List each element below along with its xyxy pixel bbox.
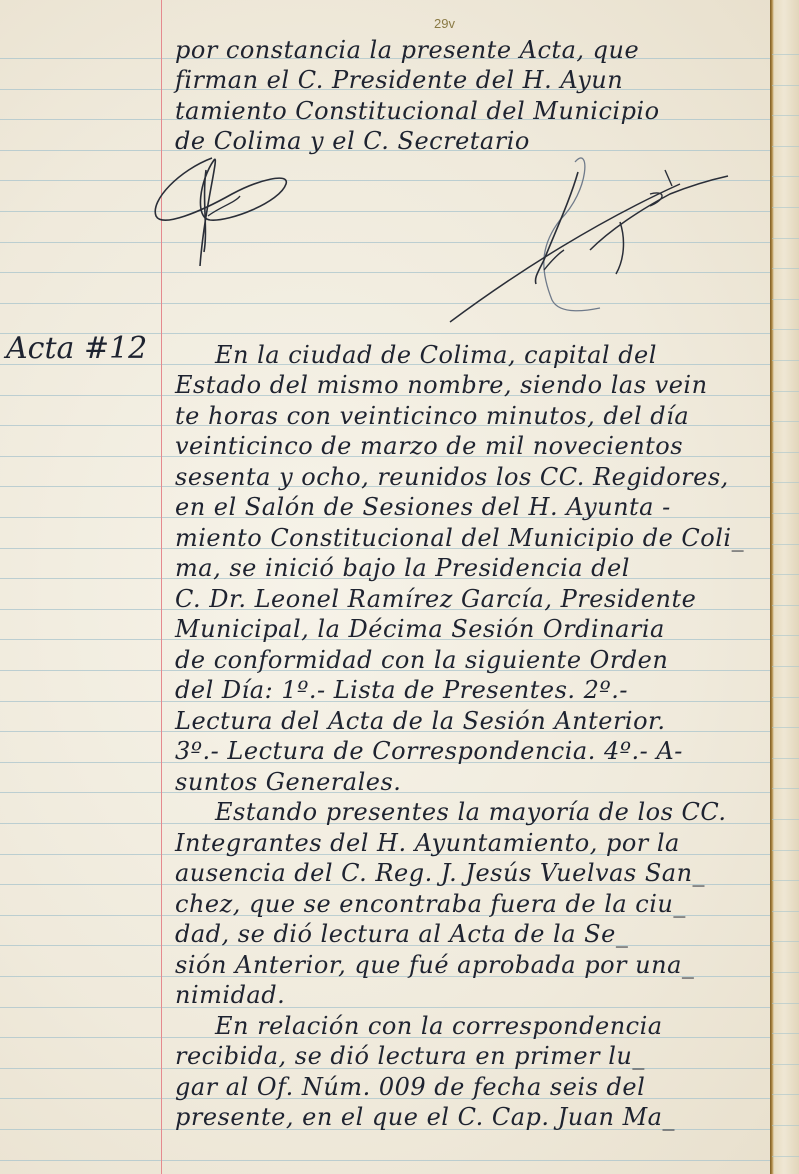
spine-ruled-line xyxy=(772,421,799,422)
acta-text-line: nimidad. xyxy=(175,981,285,1009)
acta-text-line: gar al Of. Núm. 009 de fecha seis del xyxy=(175,1073,645,1101)
spine-ruled-line xyxy=(772,972,799,973)
acta-text-line: sesenta y ocho, reunidos los CC. Regidor… xyxy=(175,463,729,491)
acta-text-line: te horas con veinticinco minutos, del dí… xyxy=(175,402,689,430)
spine-ruled-line xyxy=(772,911,799,912)
spine-ruled-line xyxy=(772,1003,799,1004)
acta-text-line: ma, se inició bajo la Presidencia del xyxy=(175,554,630,582)
acta-text-line: ausencia del C. Reg. J. Jesús Vuelvas Sa… xyxy=(175,859,705,887)
acta-text-line: en el Salón de Sesiones del H. Ayunta - xyxy=(175,493,671,521)
acta-text-line: Integrantes del H. Ayuntamiento, por la xyxy=(175,829,680,857)
spine-ruled-line xyxy=(772,850,799,851)
ruled-line xyxy=(0,1007,770,1008)
page-number: 29v xyxy=(434,16,455,31)
spine-ruled-line xyxy=(772,758,799,759)
acta-text-line: presente, en el que el C. Cap. Juan Ma_ xyxy=(175,1103,675,1131)
spine-ruled-line xyxy=(772,605,799,606)
spine-ruled-line xyxy=(772,268,799,269)
spine-ruled-line xyxy=(772,788,799,789)
spine-ruled-line xyxy=(772,452,799,453)
spine-ruled-line xyxy=(772,666,799,667)
acta-text-line: veinticinco de marzo de mil novecientos xyxy=(175,432,683,460)
text-line: por constancia la presente Acta, que xyxy=(175,36,755,64)
ledger-page: 29v por constancia la presente Acta, que… xyxy=(0,0,770,1174)
spine-ruled-line xyxy=(772,238,799,239)
acta-text-line: Estando presentes la mayoría de los CC. xyxy=(215,798,727,826)
acta-heading: Acta #12 xyxy=(6,331,147,366)
spine-ruled-line xyxy=(772,54,799,55)
spine-ruled-line xyxy=(772,574,799,575)
acta-text-line: suntos Generales. xyxy=(175,768,401,796)
acta-text-line: miento Constitucional del Municipio de C… xyxy=(175,524,744,552)
signature-secretario xyxy=(440,150,740,330)
acta-text-line: del Día: 1º.- Lista de Presentes. 2º.- xyxy=(175,676,628,704)
spine-ruled-line xyxy=(772,727,799,728)
spine-ruled-line xyxy=(772,299,799,300)
acta-text-line: chez, que se encontraba fuera de la ciu_ xyxy=(175,890,686,918)
acta-text-line: recibida, se dió lectura en primer lu_ xyxy=(175,1042,645,1070)
spine-ruled-line xyxy=(772,146,799,147)
spine-ruled-line xyxy=(772,115,799,116)
spine-ruled-line xyxy=(772,391,799,392)
acta-text-line: En relación con la correspondencia xyxy=(215,1012,663,1040)
spine-ruled-line xyxy=(772,544,799,545)
spine-ruled-line xyxy=(772,697,799,698)
spine-ruled-line xyxy=(772,176,799,177)
spine-ruled-line xyxy=(772,635,799,636)
text-line: firman el C. Presidente del H. Ayun xyxy=(175,66,623,94)
spine-ruled-line xyxy=(772,482,799,483)
acta-text-line: Estado del mismo nombre, siendo las vein xyxy=(175,371,708,399)
acta-text-line: sión Anterior, que fué aprobada por una_ xyxy=(175,951,694,979)
spine-ruled-line xyxy=(772,1156,799,1157)
text-line: tamiento Constitucional del Municipio xyxy=(175,97,660,125)
acta-text-line: Municipal, la Décima Sesión Ordinaria xyxy=(175,615,665,643)
acta-text-line: de conformidad con la siguiente Orden xyxy=(175,646,668,674)
spine-ruled-line xyxy=(772,513,799,514)
spine-ruled-line xyxy=(772,329,799,330)
signature-presidente xyxy=(140,150,300,270)
spine-ruled-line xyxy=(772,1125,799,1126)
spine-ruled-line xyxy=(772,1033,799,1034)
acta-text-line: C. Dr. Leonel Ramírez García, Presidente xyxy=(175,585,696,613)
acta-text-line: 3º.- Lectura de Correspondencia. 4º.- A- xyxy=(175,737,683,765)
spine-ruled-line xyxy=(772,207,799,208)
spine-ruled-line xyxy=(772,1094,799,1095)
spine-ruled-line xyxy=(772,880,799,881)
spine-ruled-line xyxy=(772,85,799,86)
spine-ruled-line xyxy=(772,1064,799,1065)
spine-ruled-line xyxy=(772,941,799,942)
spine-ruled-line xyxy=(772,819,799,820)
spine-ruled-line xyxy=(772,360,799,361)
acta-text-line: En la ciudad de Colima, capital del xyxy=(215,341,657,369)
acta-text-line: dad, se dió lectura al Acta de la Se_ xyxy=(175,920,628,948)
acta-text-line: Lectura del Acta de la Sesión Anterior. xyxy=(175,707,666,735)
ruled-line xyxy=(0,1160,770,1161)
